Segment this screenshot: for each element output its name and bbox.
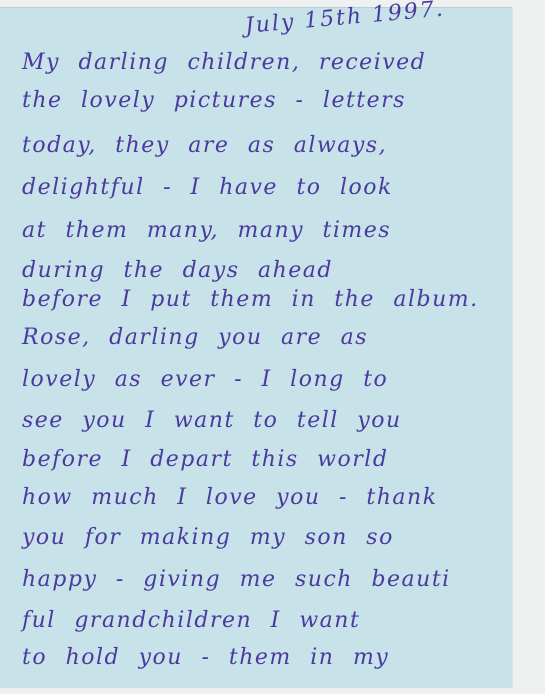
letter-line: to hold you - them in my	[22, 645, 389, 670]
letter-line: today, they are as always,	[22, 133, 387, 158]
letter-line: happy - giving me such beauti	[22, 567, 451, 592]
letter-line: during the days ahead	[22, 258, 333, 283]
letter-line: Rose, darling you are as	[22, 325, 368, 350]
letter-line: My darling children, received	[22, 50, 426, 75]
letter-line: before I depart this world	[22, 447, 388, 472]
letter-line: you for making my son so	[22, 525, 394, 550]
letter-line: delightful - I have to look	[22, 175, 393, 200]
letter-line: lovely as ever - I long to	[22, 367, 388, 392]
letter-line: see you I want to tell you	[22, 408, 402, 433]
letter-line: before I put them in the album.	[22, 287, 479, 312]
letter-line: the lovely pictures - letters	[22, 88, 406, 113]
letter-line: at them many, many times	[22, 218, 391, 243]
letter-line: how much I love you - thank	[22, 485, 438, 510]
letter-line: ful grandchildren I want	[22, 608, 360, 633]
